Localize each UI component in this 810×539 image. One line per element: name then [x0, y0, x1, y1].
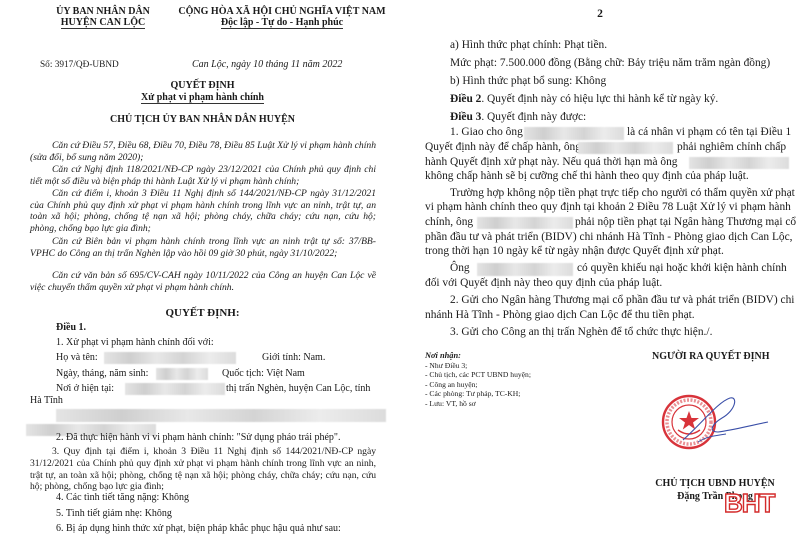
place-date: Can Lộc, ngày 10 tháng 11 năm 2022 — [192, 59, 342, 70]
article-2: Điều 2. Quyết định này có hiệu lực thi h… — [450, 92, 718, 107]
redacted-offender-name-5 — [477, 263, 573, 276]
article-1-item-1: 1. Xử phạt vi phạm hành chính đối với: — [56, 337, 214, 348]
article-1-item-6: 6. Bị áp dụng hình thức xử phạt, biện ph… — [56, 523, 341, 534]
article-1-item-2: 2. Đã thực hiện hành vi vi phạm hành chí… — [56, 432, 341, 443]
a3-item2-a: 2. Gửi cho Ngân hàng Thương mại cổ phần … — [450, 293, 794, 308]
additional-penalty: b) Hình thức phạt bổ sung: Không — [450, 74, 606, 89]
payment-b: vi phạm hành chính theo quy định tại kho… — [425, 200, 791, 215]
document-type: QUYẾT ĐỊNH — [0, 80, 405, 91]
recipients-block: Nơi nhận: - Như Điều 3; - Chủ tịch, các … — [425, 351, 531, 409]
legal-basis-3: Căn cứ điểm i, khoản 3 Điều 11 Nghị định… — [30, 188, 376, 235]
redacted-offender-name — [524, 127, 624, 140]
document-page-1: ỦY BAN NHÂN DÂN HUYỆN CAN LỘC CỘNG HÒA X… — [0, 0, 405, 539]
payment-c: chính, ông — [425, 215, 473, 230]
redacted-offender-name-2 — [578, 142, 673, 154]
redacted-name — [104, 352, 236, 364]
a3-item3: 3. Gửi cho Công an thị trấn Nghèn để tổ … — [450, 325, 712, 340]
national-header: CỘNG HÒA XÃ HỘI CHỦ NGHĨA VIỆT NAM Độc l… — [162, 6, 402, 28]
gender: Giới tính: Nam. — [262, 352, 325, 363]
fine-amount: Mức phạt: 7.500.000 đồng (Bằng chữ: Bảy … — [450, 56, 770, 71]
signer-role: NGƯỜI RA QUYẾT ĐỊNH — [652, 351, 770, 362]
article-1-item-4: 4. Các tình tiết tăng nặng: Không — [56, 492, 189, 503]
payment-a: Trường hợp không nộp tiền phạt trực tiếp… — [450, 186, 795, 201]
a3-item1-b: là cá nhân vi phạm có tên tại Điều 1 — [627, 125, 791, 140]
recipients-title: Nơi nhận: — [425, 351, 531, 361]
recipient-item: - Các phòng: Tư pháp, TC-KH; — [425, 389, 531, 399]
article-1-item-3: 3. Quy định tại điểm i, khoản 3 Điều 11 … — [30, 446, 376, 493]
bht-watermark-logo: BHT — [724, 488, 774, 519]
document-subject: Xử phạt vi phạm hành chính — [0, 92, 405, 103]
a3-item1-c: Quyết định này để chấp hành, ông — [425, 140, 581, 155]
signer-name: Đặng Trần Phong — [615, 491, 810, 502]
a3-item1-start: 1. Giao cho ông — [450, 125, 523, 140]
a3-item1-e: hành Quyết định xử phạt này. Nếu quá thờ… — [425, 155, 678, 170]
name-label: Họ và tên: — [56, 352, 98, 363]
page-number: 2 — [405, 7, 795, 20]
legal-basis-4: Căn cứ Biên bản vi phạm hành chính trong… — [30, 236, 376, 259]
redacted-offender-name-3 — [689, 157, 789, 169]
legal-basis-2: Căn cứ Nghị định 118/2021/NĐ-CP ngày 23/… — [30, 164, 376, 187]
signature-icon — [678, 392, 773, 452]
recipient-item: - Chủ tịch, các PCT UBND huyện; — [425, 370, 531, 380]
signer-title: CHỦ TỊCH UBND HUYỆN — [615, 478, 810, 489]
residence-continued: Hà Tĩnh — [30, 395, 63, 406]
payment-e: phần đầu tư và phát triển (BIDV) chi nhá… — [425, 230, 793, 245]
payment-d: phải nộp tiền phạt tại Ngân hàng Thương … — [575, 215, 796, 230]
dob-label: Ngày, tháng, năm sinh: — [56, 368, 148, 379]
main-penalty: a) Hình thức phạt chính: Phạt tiền. — [450, 38, 607, 53]
a3-item1-f: không chấp hành sẽ bị cưỡng chế thi hành… — [425, 169, 749, 184]
document-page-2: 2 a) Hình thức phạt chính: Phạt tiền. Mứ… — [405, 0, 810, 539]
residence-label: Nơi ở hiện tại: — [56, 383, 114, 394]
payment-f: trong thời hạn 10 ngày kể từ ngày nhận đ… — [425, 244, 724, 259]
article-1-title: Điều 1. — [56, 322, 86, 333]
document-number: Số: 3917/QĐ-UBND — [40, 60, 119, 70]
residence-value: thị trấn Nghèn, huyện Can Lộc, tỉnh — [226, 383, 370, 394]
a3-item2-b: nhánh Hà Tĩnh - Phòng giao dịch Can Lộc … — [425, 308, 695, 323]
legal-basis-5: Căn cứ văn bản số 695/CV-CAH ngày 10/11/… — [30, 270, 376, 293]
issuing-authority: CHỦ TỊCH ỦY BAN NHÂN DÂN HUYỆN — [0, 114, 405, 125]
a3-item1-d: phải nghiêm chỉnh chấp — [677, 140, 786, 155]
article-1-item-5: 5. Tình tiết giảm nhẹ: Không — [56, 508, 172, 519]
appeal-c: đối với Quyết định này theo quy định của… — [425, 276, 662, 291]
appeal-a: Ông — [450, 261, 470, 276]
recipient-item: - Công an huyện; — [425, 380, 531, 390]
redacted-dob — [156, 368, 208, 380]
redacted-line-1 — [56, 409, 386, 422]
redacted-offender-name-4 — [477, 217, 573, 229]
recipient-item: - Như Điều 3; — [425, 361, 531, 371]
article-3: Điều 3. Quyết định này được: — [450, 110, 586, 125]
nationality: Quốc tịch: Việt Nam — [222, 368, 305, 379]
recipient-item: - Lưu: VT, hồ sơ — [425, 399, 531, 409]
decision-heading: QUYẾT ĐỊNH: — [0, 307, 405, 319]
appeal-b: có quyền khiếu nại hoặc khởi kiện hành c… — [577, 261, 787, 276]
redacted-address — [125, 383, 225, 395]
agency-name: ỦY BAN NHÂN DÂN HUYỆN CAN LỘC — [28, 6, 178, 28]
legal-basis-1: Căn cứ Điều 57, Điều 68, Điều 70, Điều 7… — [30, 140, 376, 163]
